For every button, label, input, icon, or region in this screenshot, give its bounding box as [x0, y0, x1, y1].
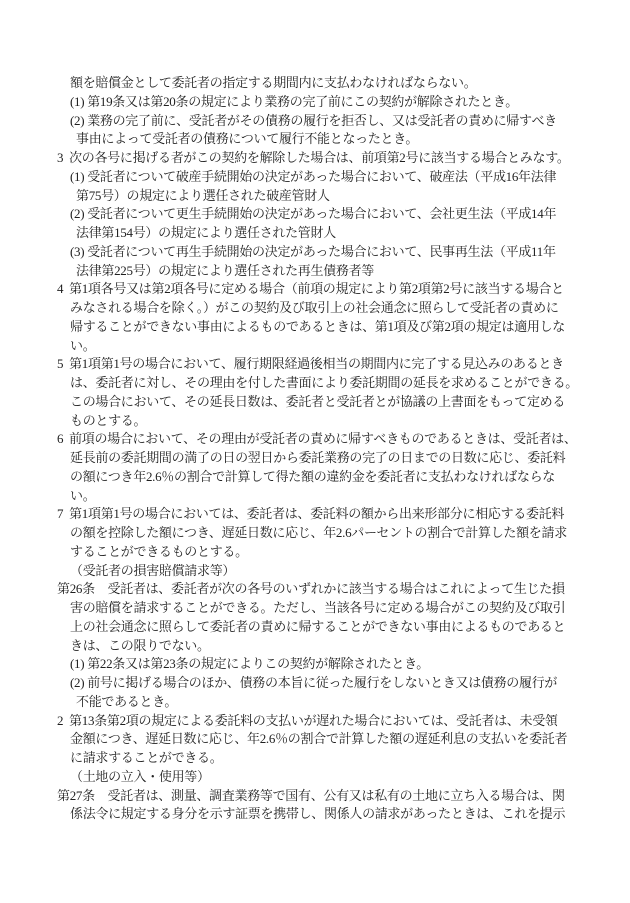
text-line: 法律第154号）の規定により選任された管財人 [0, 224, 630, 243]
text-line: (3) 受託者について再生手続開始の決定があった場合において、民事再生法（平成1… [0, 243, 630, 262]
text-line: の額を控除した額につき、遅延日数に応じ、年2.6パーセントの割合で計算した額を請… [0, 524, 630, 543]
text-line: （土地の立入・使用等） [0, 768, 630, 787]
text-line: 事由によって受託者の債務について履行不能となったとき。 [0, 130, 630, 149]
text-line: は、委託者に対し、その理由を付した書面により委託期間の延長を求めることができる。 [0, 374, 630, 393]
text-line: い。 [0, 337, 630, 356]
text-line: （受託者の損害賠償請求等） [0, 562, 630, 581]
text-line: 額を賠償金として委託者の指定する期間内に支払わなければならない。 [0, 74, 630, 93]
text-line: 金額につき、遅延日数に応じ、年2.6％の割合で計算した額の遅延利息の支払いを委託… [0, 730, 630, 749]
text-line: 帰することができない事由によるものであるときは、第1項及び第2項の規定は適用しな [0, 318, 630, 337]
text-line: い。 [0, 487, 630, 506]
text-line: 2 第13条第2項の規定による委託料の支払いが遅れた場合においては、受託者は、未… [0, 712, 630, 731]
text-line: 不能であるとき。 [0, 693, 630, 712]
text-line: (1) 受託者について破産手続開始の決定があった場合において、破産法（平成16年… [0, 168, 630, 187]
text-line: 法律第225号）の規定により選任された再生債務者等 [0, 262, 630, 281]
text-line: することができるものとする。 [0, 543, 630, 562]
text-line: みなされる場合を除く。）がこの契約及び取引上の社会通念に照らして受託者の責めに [0, 299, 630, 318]
text-line: ものとする。 [0, 412, 630, 431]
text-line: 害の賠償を請求することができる。ただし、当該各号に定める場合がこの契約及び取引 [0, 599, 630, 618]
text-line: 4 第1項各号又は第2項各号に定める場合（前項の規定により第2項第2号に該当する… [0, 280, 630, 299]
text-line: 第27条 受託者は、測量、調査業務等で国有、公有又は私有の土地に立ち入る場合は、… [0, 787, 630, 806]
text-line: 第75号）の規定により選任された破産管財人 [0, 187, 630, 206]
text-line: の額につき年2.6％の割合で計算して得た額の違約金を委託者に支払わなければならな [0, 468, 630, 487]
text-line: きは、この限りでない。 [0, 637, 630, 656]
text-line: (1) 第22条又は第23条の規定によりこの契約が解除されたとき。 [0, 655, 630, 674]
text-line: に請求することができる。 [0, 749, 630, 768]
text-line: 6 前項の場合において、その理由が受託者の責めに帰すべきものであるときは、受託者… [0, 430, 630, 449]
text-line: 3 次の各号に掲げる者がこの契約を解除した場合は、前項第2号に該当する場合とみな… [0, 149, 630, 168]
text-line: 7 第1項第1号の場合においては、委託者は、委託料の額から出来形部分に相応する委… [0, 505, 630, 524]
document-page: 額を賠償金として委託者の指定する期間内に支払わなければならない。(1) 第19条… [0, 0, 630, 903]
text-line: (2) 業務の完了前に、受託者がその債務の履行を拒否し、又は受託者の責めに帰すべ… [0, 112, 630, 131]
text-line: 上の社会通念に照らして委託者の責めに帰することができない事由によるものであると [0, 618, 630, 637]
text-line: 係法令に規定する身分を示す証票を携帯し、関係人の請求があったときは、これを提示 [0, 805, 630, 824]
text-line: (2) 受託者について更生手続開始の決定があった場合において、会社更生法（平成1… [0, 205, 630, 224]
text-line: 延長前の委託期間の満了の日の翌日から委託業務の完了の日までの日数に応じ、委託料 [0, 449, 630, 468]
text-line: この場合において、その延長日数は、委託者と受託者とが協議の上書面をもって定める [0, 393, 630, 412]
text-line: 第26条 受託者は、委託者が次の各号のいずれかに該当する場合はこれによって生じた… [0, 580, 630, 599]
text-line: 5 第1項第1号の場合において、履行期限経過後相当の期間内に完了する見込みのある… [0, 355, 630, 374]
text-line: (1) 第19条又は第20条の規定により業務の完了前にこの契約が解除されたとき。 [0, 93, 630, 112]
document-text-block: 額を賠償金として委託者の指定する期間内に支払わなければならない。(1) 第19条… [0, 74, 630, 824]
text-line: (2) 前号に掲げる場合のほか、債務の本旨に従った履行をしないとき又は債務の履行… [0, 674, 630, 693]
